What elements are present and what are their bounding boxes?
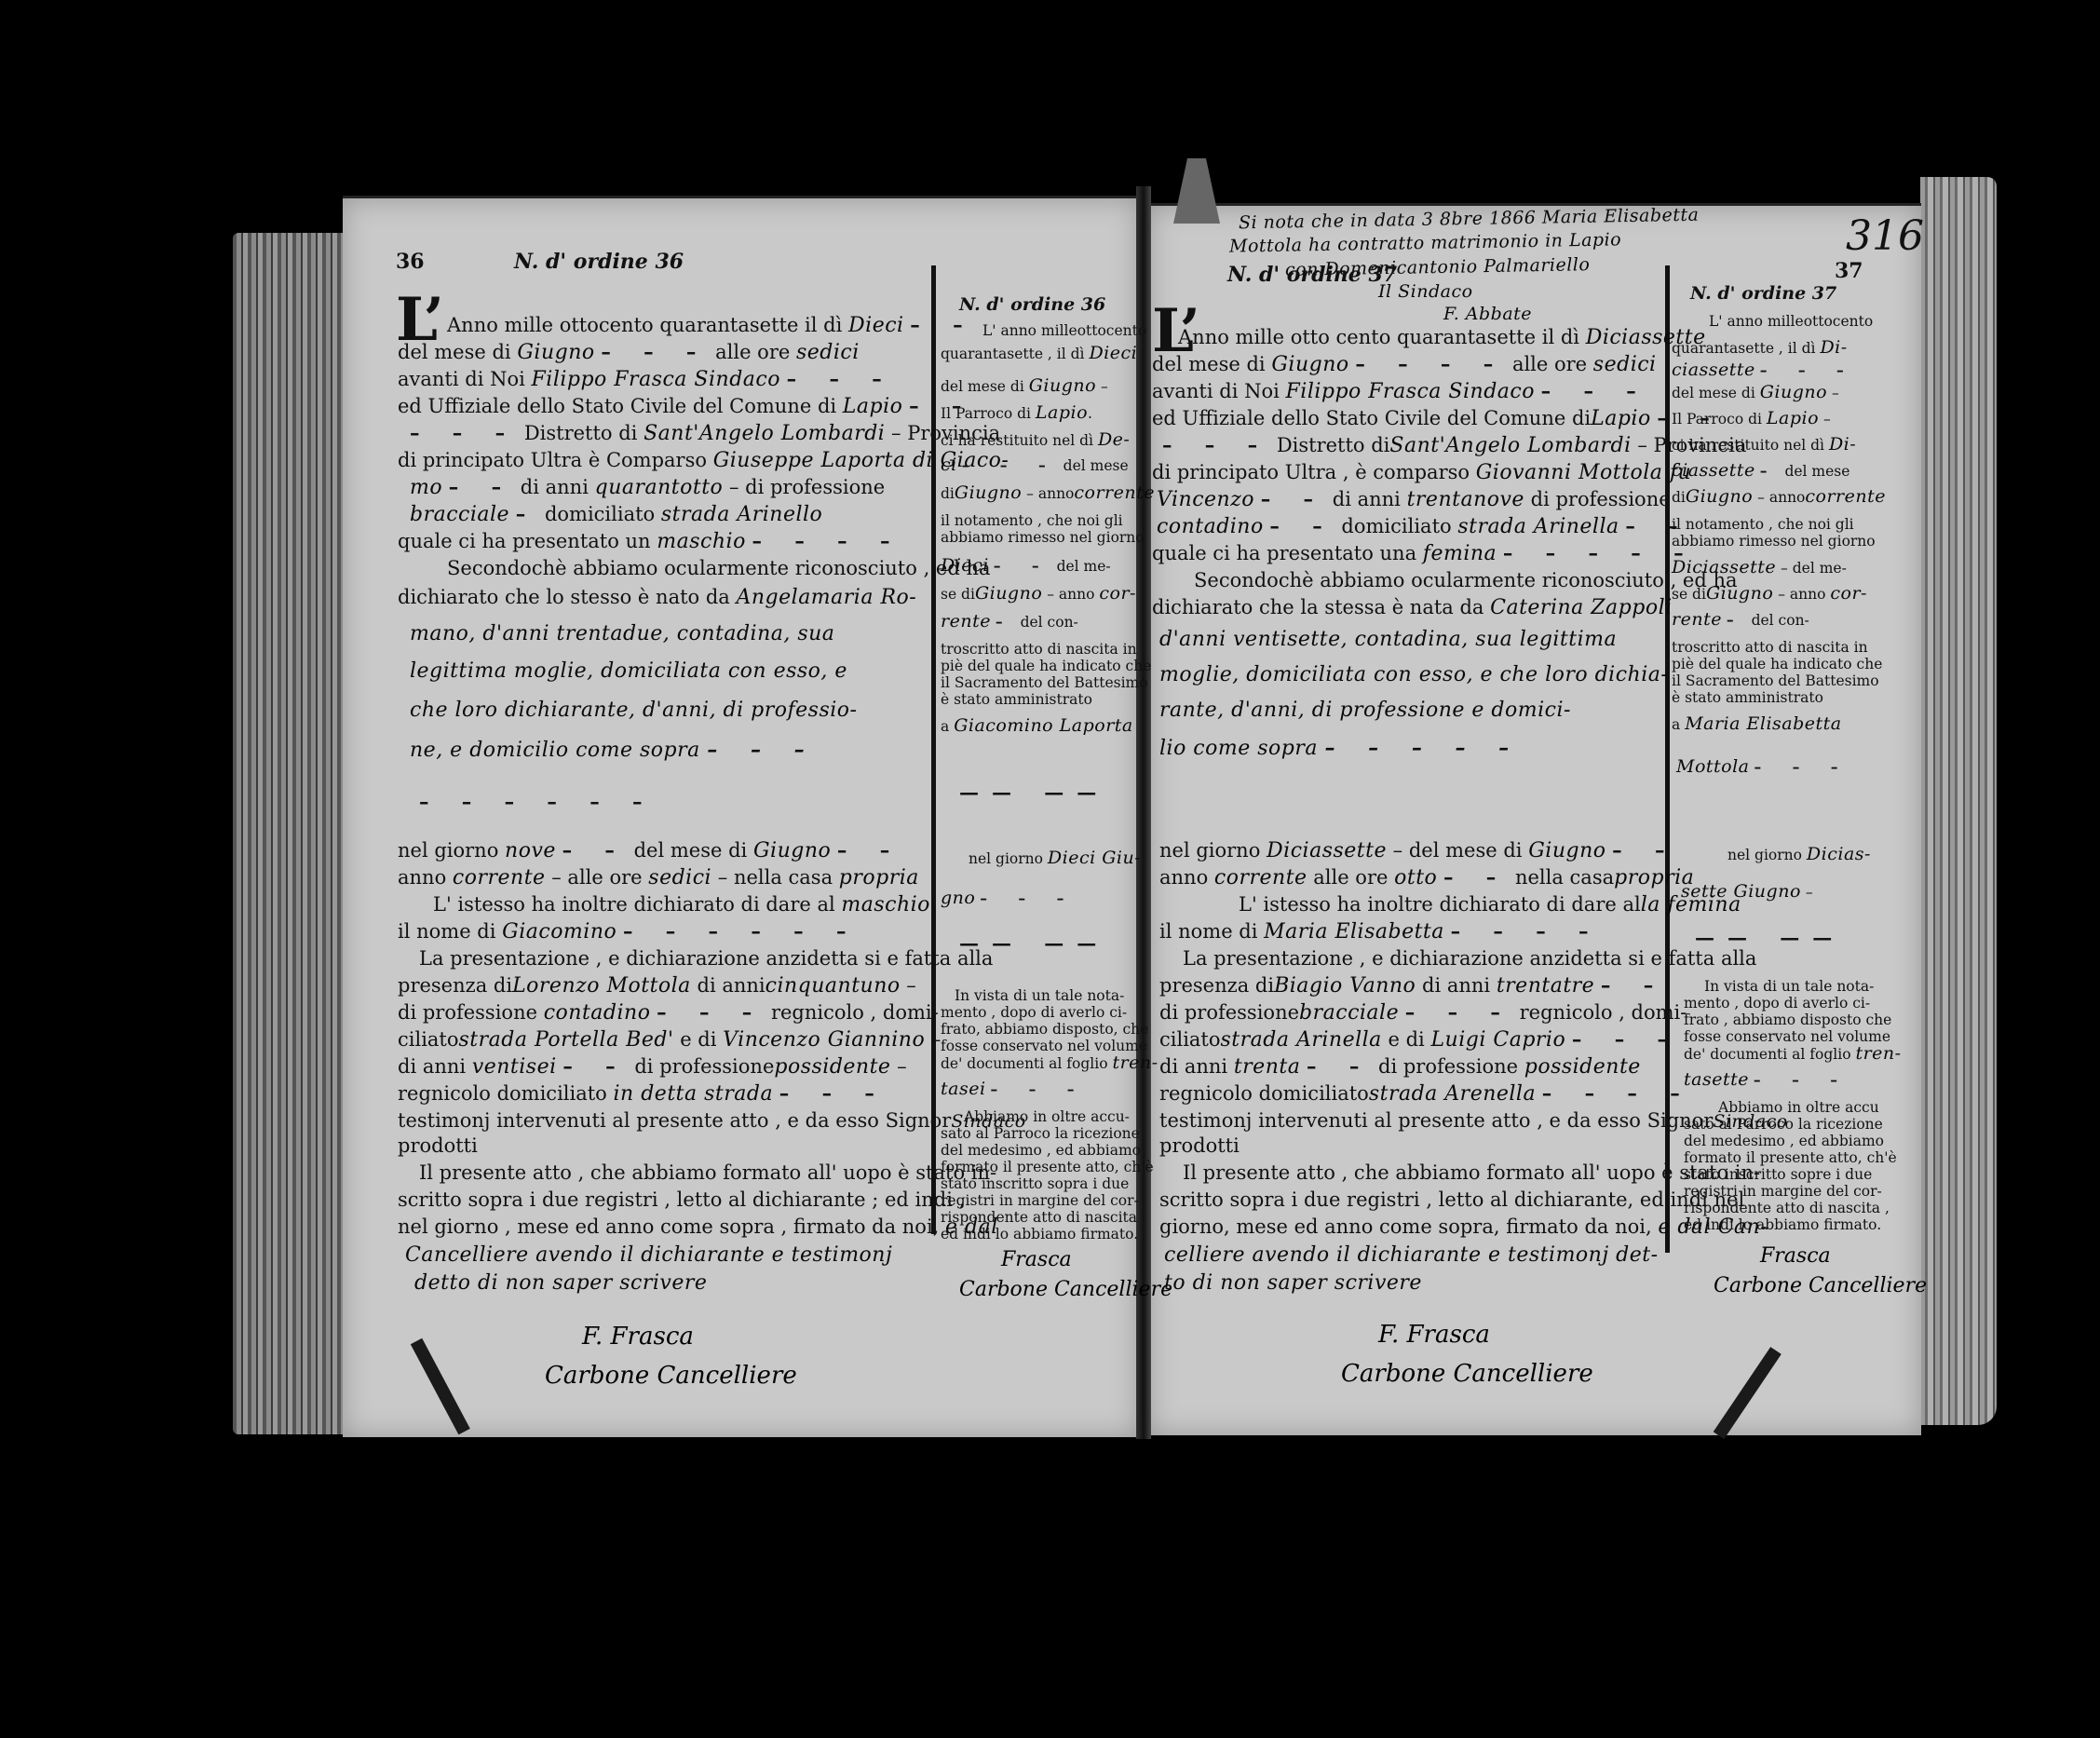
margin-line: de' documenti al foglio tren- [941, 1054, 1158, 1073]
act-line: quale ci ha presentato un maschio – – – … [398, 529, 902, 554]
witness-line: di anni trenta – – di professione possid… [1159, 1054, 1641, 1079]
act-line: ed Uffiziale dello Stato Civile del Comu… [398, 394, 974, 419]
margin-line: stato inscritto sopra i due [941, 1175, 1129, 1193]
margin-line: L' anno milleottocento [1709, 313, 1873, 331]
witness-line: La presentazione , e dichiarazione anzid… [419, 946, 993, 971]
margin-line: diGiugno – annocorrente [941, 484, 1155, 503]
margin-line: Diciassette – del me- [1672, 559, 1847, 577]
margin-line: L' anno milleottocento [982, 322, 1146, 340]
act-line: ed Uffiziale dello Stato Civile del Comu… [1152, 406, 1723, 431]
margin-line: quarantasette , il dì Dieci [941, 345, 1137, 363]
birth-line: nel giorno Diciassette – del mese di Giu… [1159, 838, 1677, 863]
margin-line: rispondente atto di nascita , [1684, 1200, 1890, 1217]
paragraph-text: Secondochè abbiamo ocularmente riconosci… [447, 556, 991, 580]
margin-line: sette Giugno – [1681, 883, 1813, 902]
page-number: 36 [396, 250, 425, 274]
margin-line: ciassette – del mese [1672, 462, 1849, 481]
signature-mayor: F. Frasca [582, 1323, 694, 1351]
handwritten-line: Cancelliere avendo il dichiarante e test… [405, 1243, 892, 1268]
closing-text: scritto sopra i due registri , letto al … [1159, 1188, 1744, 1212]
birth-line: L' istesso ha inoltre dichiarato di dare… [1239, 892, 1741, 917]
margin-line: frato, abbiamo disposto, che [941, 1021, 1148, 1039]
handwritten-line: d'anni ventisette, contadina, sua legitt… [1159, 628, 1617, 652]
handwritten-line: che loro dichiarante, d'anni, di profess… [410, 699, 857, 723]
handwritten-line: mano, d'anni trentadue, contadina, sua [410, 622, 834, 646]
filler-dashes: —— —— [959, 781, 1109, 805]
margin-line: è stato amministrato [941, 691, 1092, 709]
page-number: 37 [1835, 259, 1863, 283]
handwritten-line: rante, d'anni, di professione e domici- [1159, 699, 1571, 723]
handwritten-line: to di non saper scrivere [1164, 1271, 1422, 1296]
margin-line: mento , dopo di averlo ci- [1684, 995, 1870, 1012]
handwritten-line: lio come sopra – – – – – [1159, 736, 1522, 761]
margin-line: In vista di un tale nota- [1704, 978, 1874, 996]
margin-line: frato , abbiamo disposto che [1684, 1012, 1891, 1029]
annotation-signature: Il Sindaco [1378, 279, 1473, 304]
witness-line: regnicolo domiciliatostrada Arenella – –… [1159, 1081, 1693, 1107]
filler-dashes: —— —— [959, 931, 1109, 956]
book-gutter [1136, 186, 1151, 1439]
margin-signature-mayor: Frasca [1001, 1248, 1072, 1271]
margin-line: del mese di Giugno – [1672, 384, 1839, 402]
margin-line: formato il presente atto, ch'è [941, 1159, 1154, 1176]
act-header: N. d' ordine 36 [514, 250, 684, 274]
margin-line: stato inscritto sopre i due [1684, 1166, 1872, 1184]
margin-line: formato il presente atto, ch'è [1684, 1149, 1897, 1167]
signature-mayor: F. Frasca [1378, 1321, 1490, 1349]
margin-header: N. d' ordine 36 [959, 296, 1105, 314]
margin-line: tasei – – – [941, 1080, 1088, 1099]
annotation-signature: F. Abbate [1443, 302, 1532, 326]
birth-line: il nome di Giacomino – – – – – – [398, 919, 860, 944]
margin-line: a Giacomino Laporta [941, 717, 1133, 736]
filler-dashes: —— —— [1695, 926, 1845, 950]
act-line: avanti di Noi Filippo Frasca Sindaco – –… [398, 367, 895, 392]
margin-line: rente – del con- [1672, 611, 1809, 630]
handwritten-line: detto di non saper scrivere [414, 1271, 707, 1296]
birth-line: anno corrente – alle ore sedici – nella … [398, 865, 919, 890]
margin-line: diGiugno – annocorrente [1672, 488, 1886, 507]
margin-line: troscritto atto di nascita in [1672, 639, 1868, 657]
margin-line: del mese di Giugno – [941, 377, 1108, 396]
handwritten-line: celliere avendo il dichiarante e testimo… [1164, 1243, 1659, 1268]
margin-line: gno – – – [941, 889, 1077, 908]
margin-line: Il Parroco di Lapio. [941, 404, 1092, 423]
margin-line: il Sacramento del Battesimo [941, 674, 1148, 692]
margin-line: nel giorno Dicias- [1727, 846, 1871, 864]
margin-line: ci ha restituito nel dì De- [941, 431, 1130, 450]
margin-line: Mottola – – – [1676, 758, 1851, 777]
margin-line: sato al Parroco la ricezione [941, 1125, 1140, 1143]
witness-line: ciliatostrada Arinella e di Luigi Caprio… [1159, 1027, 1680, 1052]
witness-line: La presentazione , e dichiarazione anzid… [1183, 946, 1756, 971]
paragraph-text: Secondochè abbiamo ocularmente riconosci… [1194, 568, 1738, 592]
filler-dashes: – – – – – – [419, 790, 656, 814]
witness-line: regnicolo domiciliato in detta strada – … [398, 1081, 887, 1107]
handwritten-line: ne, e domicilio come sopra – – – [410, 738, 818, 763]
margin-line: se diGiugno – anno cor- [1672, 585, 1867, 604]
witness-line: di anni ventisei – – di professionepossi… [398, 1054, 907, 1079]
act-line: quale ci ha presentato una femina – – – … [1152, 541, 1697, 566]
closing-text: scritto sopra i due registri , letto al … [398, 1188, 965, 1212]
margin-line: ed indi lo abbiamo firmato. [1684, 1216, 1881, 1234]
act-line: di principato Ultra , è comparso Giovann… [1152, 460, 1691, 485]
paragraph-text: dichiarato che lo stesso è nato da Angel… [398, 585, 916, 610]
closing-text: Il presente atto , che abbiamo formato a… [419, 1161, 996, 1185]
margin-line: è stato amministrato [1672, 689, 1823, 707]
margin-line: abbiamo rimesso nel giorno [941, 529, 1145, 547]
closing-text: Il presente atto , che abbiamo formato a… [1183, 1161, 1760, 1185]
act-line: del mese di Giugno – – – – alle ore sedi… [1152, 352, 1657, 377]
margin-line: tasette – – – [1684, 1071, 1850, 1090]
witness-line: prodotti [1159, 1134, 1240, 1158]
margin-line: de' documenti al foglio tren- [1684, 1045, 1902, 1064]
act-line: del mese di Giugno – – – alle ore sedici [398, 340, 860, 365]
margin-line: Abbiamo in oltre accu [1718, 1099, 1879, 1117]
margin-line: ed indi lo abbiamo firmato. [941, 1226, 1138, 1243]
margin-line: del medesimo , ed abbiamo [1684, 1133, 1884, 1150]
bookmark-ribbon [1173, 158, 1220, 224]
act-line: contadino – – domiciliato strada Arinell… [1157, 514, 1691, 539]
handwritten-line: legittima moglie, domiciliata con esso, … [410, 659, 847, 684]
act-line: di principato Ultra è Comparso Giuseppe … [398, 448, 1009, 473]
birth-line: L' istesso ha inoltre dichiarato di dare… [433, 892, 930, 917]
margin-line: rente – del con- [941, 613, 1078, 631]
witness-line: di professionebracciale – – – regnicolo … [1159, 1000, 1687, 1025]
margin-line: registri in margine del cor- [1684, 1183, 1882, 1201]
margin-line: Il Parroco di Lapio – [1672, 410, 1831, 428]
act-line: – – – Distretto di Sant'Angelo Lombardi … [410, 421, 1000, 446]
witness-line: testimonj intervenuti al presente atto ,… [398, 1108, 1026, 1134]
margin-line: piè del quale ha indicato che [941, 658, 1151, 675]
closing-text: giorno, mese ed anno come sopra, firmato… [1159, 1215, 1768, 1240]
signature-clerk: Carbone Cancelliere [1341, 1360, 1593, 1388]
margin-line: se diGiugno – anno cor- [941, 585, 1136, 604]
witness-line: ciliatostrada Portella Bed' e di Vincenz… [398, 1027, 941, 1052]
margin-line: il notamento , che noi gli [941, 512, 1123, 530]
margin-line: rispondente atto di nascita [941, 1209, 1137, 1227]
margin-line: mento , dopo di averlo ci- [941, 1004, 1127, 1022]
margin-line: nel giorno Dieci Giu- [969, 849, 1141, 868]
right-page-edges [1920, 177, 1997, 1425]
margin-line: abbiamo rimesso nel giorno [1672, 533, 1876, 550]
act-line: mo – – di anni quarantotto – di professi… [410, 475, 885, 500]
margin-line: Dieci – – del me- [941, 557, 1111, 576]
archive-number: 316 [1846, 212, 1924, 260]
margin-line: del medesimo , ed abbiamo [941, 1142, 1141, 1160]
act-line: avanti di Noi Filippo Frasca Sindaco – –… [1152, 379, 1649, 404]
margin-line: In vista di un tale nota- [955, 987, 1124, 1005]
drop-cap: L’ [396, 294, 444, 346]
birth-line: il nome di Maria Elisabetta – – – – [1159, 919, 1602, 944]
witness-line: prodotti [398, 1134, 478, 1158]
birth-line: nel giorno nove – – del mese di Giugno –… [398, 838, 902, 863]
witness-line: presenza diBiagio Vanno di anni trentatr… [1159, 973, 1666, 998]
closing-text: nel giorno , mese ed anno come sopra , f… [398, 1215, 998, 1240]
act-line: Vincenzo – – di anni trentanove di profe… [1157, 487, 1671, 512]
margin-signature-mayor: Frasca [1760, 1244, 1831, 1268]
margin-line: il Sacramento del Battesimo [1672, 672, 1879, 690]
act-line: Anno mille ottocento quarantasette il dì… [447, 313, 976, 338]
margin-line: ci ha restituito nel dì Di- [1672, 436, 1856, 455]
witness-line: di professione contadino – – – regnicolo… [398, 1000, 939, 1025]
margin-signature-clerk: Carbone Cancelliere [1714, 1274, 1927, 1297]
birth-line: anno corrente alle ore otto – – nella ca… [1159, 865, 1694, 890]
act-line: – – – Distretto diSant'Angelo Lombardi –… [1162, 433, 1746, 458]
left-page-edges [233, 233, 346, 1434]
act-line: bracciale – domiciliato strada Arinello [410, 502, 822, 527]
margin-line: ci – – – del mese [941, 456, 1129, 475]
act-line: Anno mille otto cento quarantasette il d… [1178, 325, 1706, 350]
margin-line: quarantasette , il dì Di- [1672, 339, 1848, 358]
handwritten-line: moglie, domiciliata con esso, e che loro… [1159, 663, 1668, 687]
margin-line: piè del quale ha indicato che [1672, 656, 1882, 673]
margin-line: sato al Parroco la ricezione [1684, 1116, 1883, 1134]
paragraph-text: dichiarato che la stessa è nata da Cater… [1152, 595, 1673, 620]
margin-line: troscritto atto di nascita in [941, 641, 1137, 659]
margin-line: Abbiamo in oltre accu- [964, 1108, 1130, 1126]
margin-line: ciassette – – – [1672, 361, 1857, 380]
margin-signature-clerk: Carbone Cancelliere [959, 1278, 1172, 1301]
margin-line: a Maria Elisabetta [1672, 715, 1842, 734]
witness-line: presenza diLorenzo Mottola di annicinqua… [398, 973, 916, 998]
act-header: N. d' ordine 37 [1227, 263, 1397, 287]
margin-line: registri in margine del cor- [941, 1192, 1139, 1210]
margin-header: N. d' ordine 37 [1690, 285, 1836, 303]
signature-clerk: Carbone Cancelliere [545, 1362, 797, 1390]
margin-line: il notamento , che noi gli [1672, 516, 1854, 534]
